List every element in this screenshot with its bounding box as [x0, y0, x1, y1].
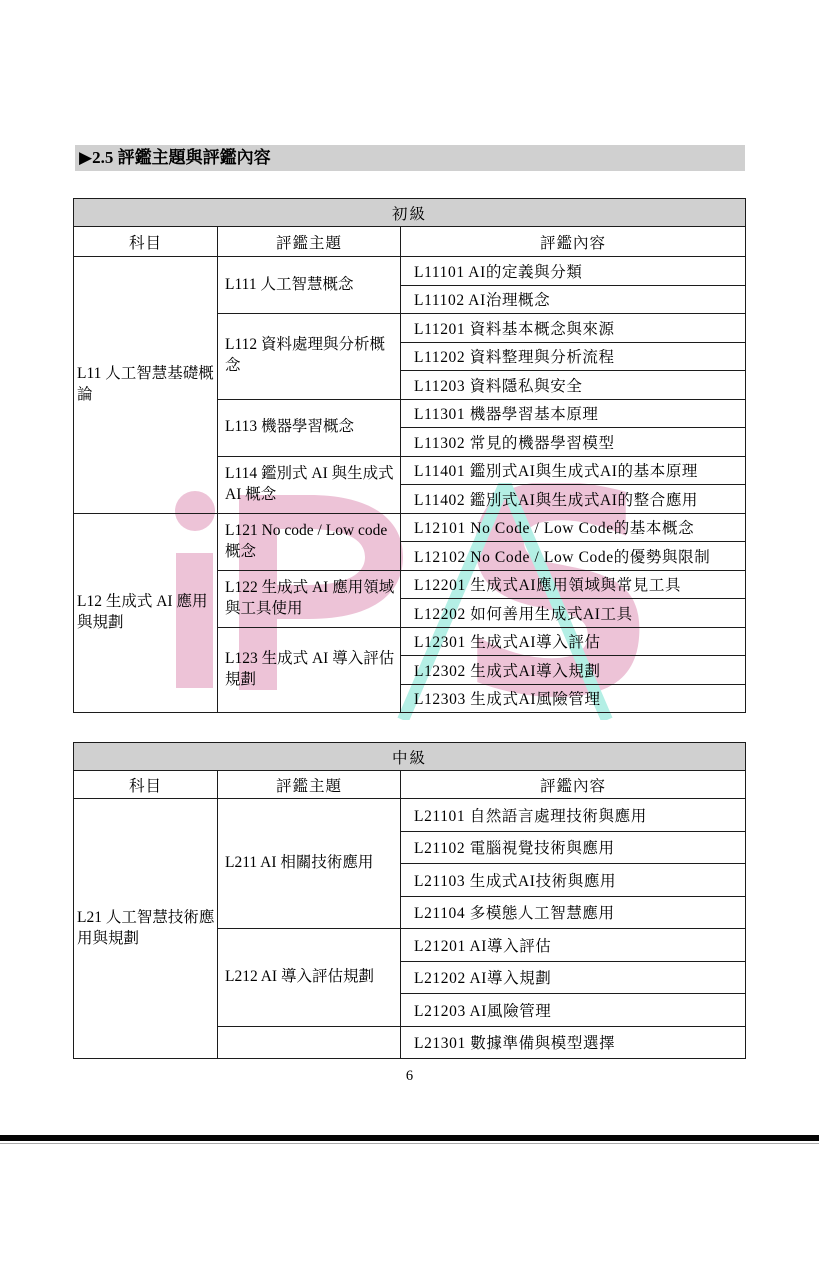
- column-header-topic: 評鑑主題: [218, 771, 401, 799]
- table-header-row: 科目 評鑑主題 評鑑內容: [74, 227, 746, 257]
- content-cell: L12303 生成式AI風險管理: [401, 684, 746, 713]
- column-header-content: 評鑑內容: [401, 771, 746, 799]
- subject-cell: L12 生成式 AI 應用與規劃: [74, 513, 218, 713]
- topic-cell: L111 人工智慧概念: [218, 257, 401, 314]
- content-cell: L12101 No Code / Low Code的基本概念: [401, 513, 746, 542]
- table-intermediate-level: 中級 科目 評鑑主題 評鑑內容 L21 人工智慧技術應用與規劃L211 AI 相…: [73, 742, 746, 1059]
- table-beginner-level: 初級 科目 評鑑主題 評鑑內容 L11 人工智慧基礎概論L111 人工智慧概念L…: [73, 198, 746, 713]
- content-cell: L21202 AI導入規劃: [401, 961, 746, 994]
- content-cell: L11301 機器學習基本原理: [401, 399, 746, 428]
- topic-cell: L211 AI 相關技術應用: [218, 799, 401, 929]
- topic-cell: L212 AI 導入評估規劃: [218, 929, 401, 1027]
- content-cell: L12302 生成式AI導入規劃: [401, 656, 746, 685]
- column-header-subject: 科目: [74, 771, 218, 799]
- table-header-row: 科目 評鑑主題 評鑑內容: [74, 771, 746, 799]
- content-cell: L12202 如何善用生成式AI工具: [401, 599, 746, 628]
- table-level-row: 中級: [74, 743, 746, 771]
- subject-cell: L11 人工智慧基礎概論: [74, 257, 218, 514]
- table-level-row: 初級: [74, 199, 746, 227]
- column-header-content: 評鑑內容: [401, 227, 746, 257]
- content-cell: L21102 電腦視覺技術與應用: [401, 831, 746, 864]
- content-cell: L11401 鑑別式AI與生成式AI的基本原理: [401, 456, 746, 485]
- content-cell: L11102 AI治理概念: [401, 285, 746, 314]
- footer-divider-line: [0, 1143, 819, 1144]
- content-cell: L11202 資料整理與分析流程: [401, 342, 746, 371]
- topic-cell: L123 生成式 AI 導入評估規劃: [218, 627, 401, 713]
- content-cell: L21301 數據準備與模型選擇: [401, 1026, 746, 1059]
- subject-cell: L21 人工智慧技術應用與規劃: [74, 799, 218, 1059]
- content-cell: L12301 生成式AI導入評估: [401, 627, 746, 656]
- content-cell: L21104 多模態人工智慧應用: [401, 896, 746, 929]
- column-header-subject: 科目: [74, 227, 218, 257]
- content-cell: L21201 AI導入評估: [401, 929, 746, 962]
- content-cell: L21103 生成式AI技術與應用: [401, 864, 746, 897]
- content-cell: L11201 資料基本概念與來源: [401, 314, 746, 343]
- topic-cell: L113 機器學習概念: [218, 399, 401, 456]
- topic-cell: L114 鑑別式 AI 與生成式 AI 概念: [218, 456, 401, 513]
- table-row: L11 人工智慧基礎概論L111 人工智慧概念L11101 AI的定義與分類: [74, 257, 746, 286]
- topic-cell: [218, 1026, 401, 1059]
- footer-divider-bar: [0, 1135, 819, 1141]
- topic-cell: L121 No code / Low code 概念: [218, 513, 401, 570]
- content-cell: L21101 自然語言處理技術與應用: [401, 799, 746, 832]
- table-row: L21 人工智慧技術應用與規劃L211 AI 相關技術應用L21101 自然語言…: [74, 799, 746, 832]
- section-heading-text: ▶2.5 評鑑主題與評鑑內容: [79, 148, 271, 167]
- content-cell: L11203 資料隱私與安全: [401, 371, 746, 400]
- topic-cell: L112 資料處理與分析概念: [218, 314, 401, 400]
- document-page: { "page": { "heading": "▶2.5 評鑑主題與評鑑內容",…: [0, 0, 819, 1280]
- level-title: 中級: [74, 743, 746, 771]
- content-cell: L12102 No Code / Low Code的優勢與限制: [401, 542, 746, 571]
- page-number: 6: [0, 1068, 819, 1085]
- column-header-topic: 評鑑主題: [218, 227, 401, 257]
- content-cell: L11302 常見的機器學習模型: [401, 428, 746, 457]
- content-cell: L12201 生成式AI應用領域與常見工具: [401, 570, 746, 599]
- topic-cell: L122 生成式 AI 應用領域與工具使用: [218, 570, 401, 627]
- table-row: L12 生成式 AI 應用與規劃L121 No code / Low code …: [74, 513, 746, 542]
- content-cell: L11101 AI的定義與分類: [401, 257, 746, 286]
- content-cell: L11402 鑑別式AI與生成式AI的整合應用: [401, 485, 746, 514]
- content-cell: L21203 AI風險管理: [401, 994, 746, 1027]
- section-heading: ▶2.5 評鑑主題與評鑑內容: [75, 145, 745, 171]
- level-title: 初級: [74, 199, 746, 227]
